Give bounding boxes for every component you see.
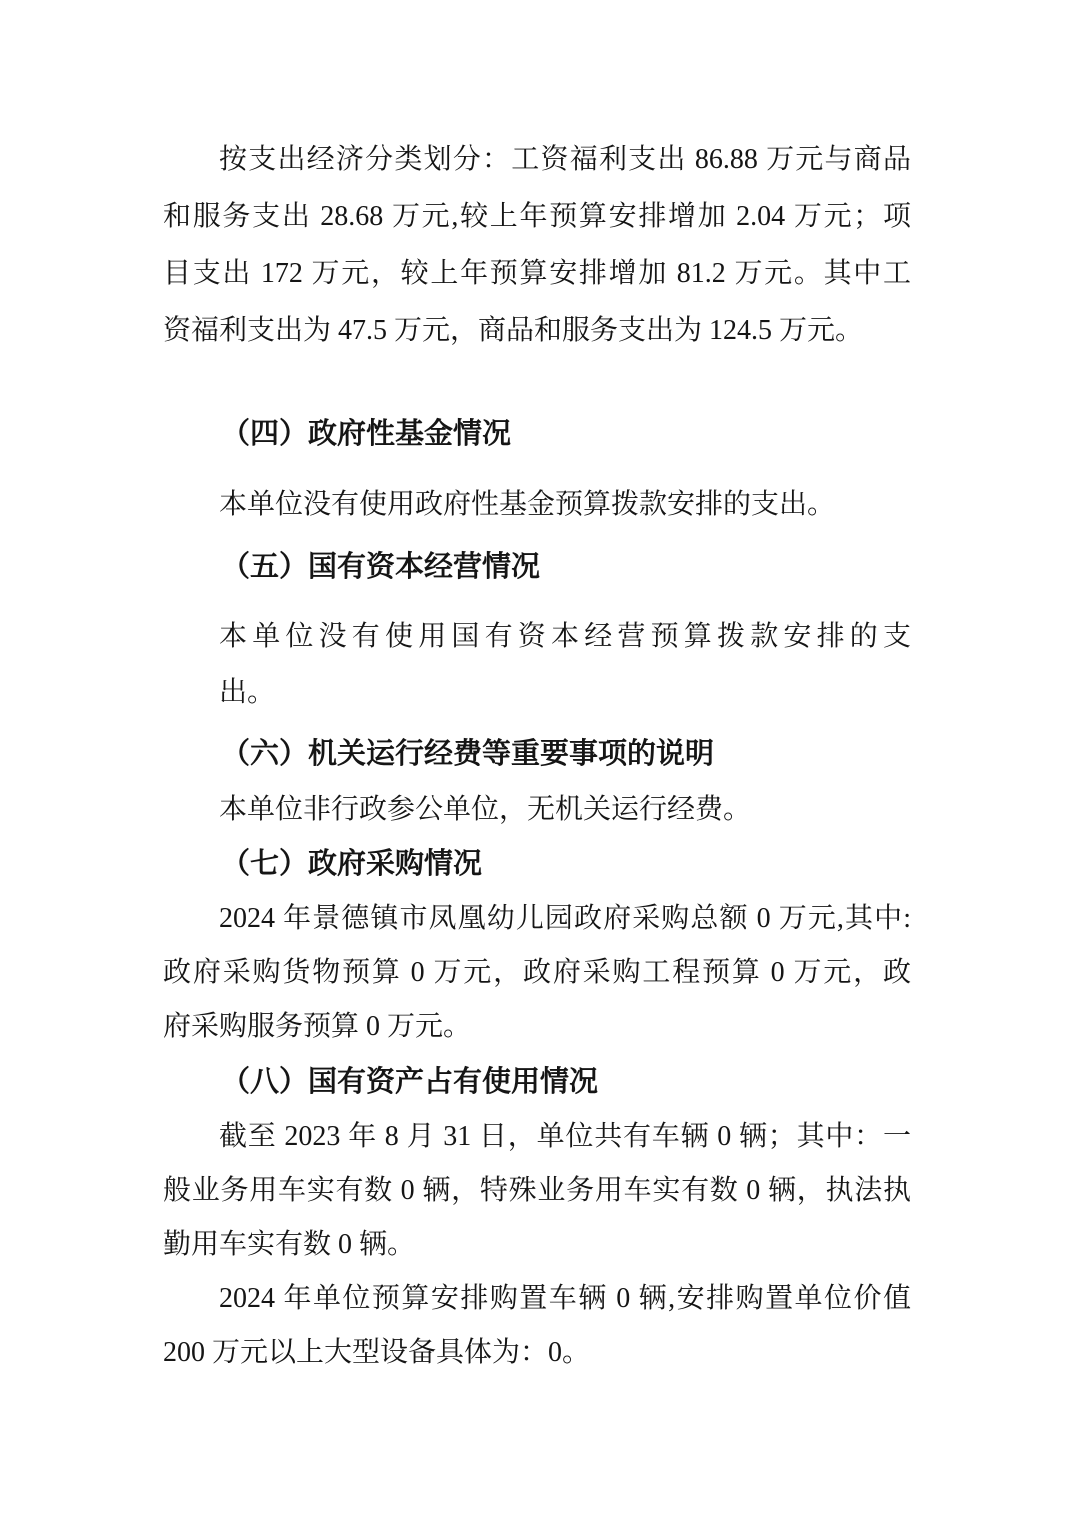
heading-section-four-government-funds: （四）政府性基金情况 xyxy=(163,407,911,462)
text-line: 政府采购货物预算 0 万元，政府采购工程预算 0 万元，政 xyxy=(163,946,911,1000)
heading-section-six-agency-operating-costs: （六）机关运行经费等重要事项的说明 xyxy=(163,727,911,782)
paragraph-state-assets-vehicles: 截至 2023 年 8 月 31 日，单位共有车辆 0 辆；其中：一般业务用车实… xyxy=(163,1110,911,1272)
text-line: 府采购服务预算 0 万元。 xyxy=(163,1000,911,1054)
text-line: 般业务用车实有数 0 辆，特殊业务用车实有数 0 辆，执法执 xyxy=(163,1164,911,1218)
heading-section-seven-government-procurement: （七）政府采购情况 xyxy=(163,837,911,892)
text-line: 勤用车实有数 0 辆。 xyxy=(163,1218,911,1272)
text-line: 2024 年景德镇市凤凰幼儿园政府采购总额 0 万元,其中: xyxy=(163,892,911,946)
text-line: 200 万元以上大型设备具体为：0。 xyxy=(163,1326,911,1380)
heading-section-five-state-capital: （五）国有资本经营情况 xyxy=(163,540,911,595)
heading-section-eight-state-assets: （八）国有资产占有使用情况 xyxy=(163,1055,911,1110)
text-line: 出。 xyxy=(219,665,911,721)
text-line: 资福利支出为 47.5 万元，商品和服务支出为 124.5 万元。 xyxy=(163,302,911,359)
text-line: 目支出 172 万元，较上年预算安排增加 81.2 万元。其中工 xyxy=(163,245,911,302)
document-page: 按支出经济分类划分：工资福利支出 86.88 万元与商品和服务支出 28.68 … xyxy=(0,0,1074,1520)
paragraph-agency-operating-costs: 本单位非行政参公单位，无机关运行经费。 xyxy=(163,782,911,837)
text-line: 截至 2023 年 8 月 31 日，单位共有车辆 0 辆；其中：一 xyxy=(163,1110,911,1164)
paragraph-vehicle-equipment-budget: 2024 年单位预算安排购置车辆 0 辆,安排购置单位价值200 万元以上大型设… xyxy=(163,1272,911,1380)
text-line: 本单位非行政参公单位，无机关运行经费。 xyxy=(163,782,911,837)
text-line: 按支出经济分类划分：工资福利支出 86.88 万元与商品 xyxy=(163,131,911,188)
text-line: 和服务支出 28.68 万元,较上年预算安排增加 2.04 万元；项 xyxy=(163,188,911,245)
paragraph-state-capital: 本单位没有使用国有资本经营预算拨款安排的支出。 xyxy=(219,609,911,721)
text-line: 2024 年单位预算安排购置车辆 0 辆,安排购置单位价值 xyxy=(163,1272,911,1326)
paragraph-expense-economic-classification: 按支出经济分类划分：工资福利支出 86.88 万元与商品和服务支出 28.68 … xyxy=(163,131,911,359)
text-line: 本单位没有使用国有资本经营预算拨款安排的支 xyxy=(219,609,911,665)
text-line: 本单位没有使用政府性基金预算拨款安排的支出。 xyxy=(163,477,911,532)
paragraph-government-procurement: 2024 年景德镇市凤凰幼儿园政府采购总额 0 万元,其中:政府采购货物预算 0… xyxy=(163,892,911,1054)
paragraph-government-funds: 本单位没有使用政府性基金预算拨款安排的支出。 xyxy=(163,477,911,532)
